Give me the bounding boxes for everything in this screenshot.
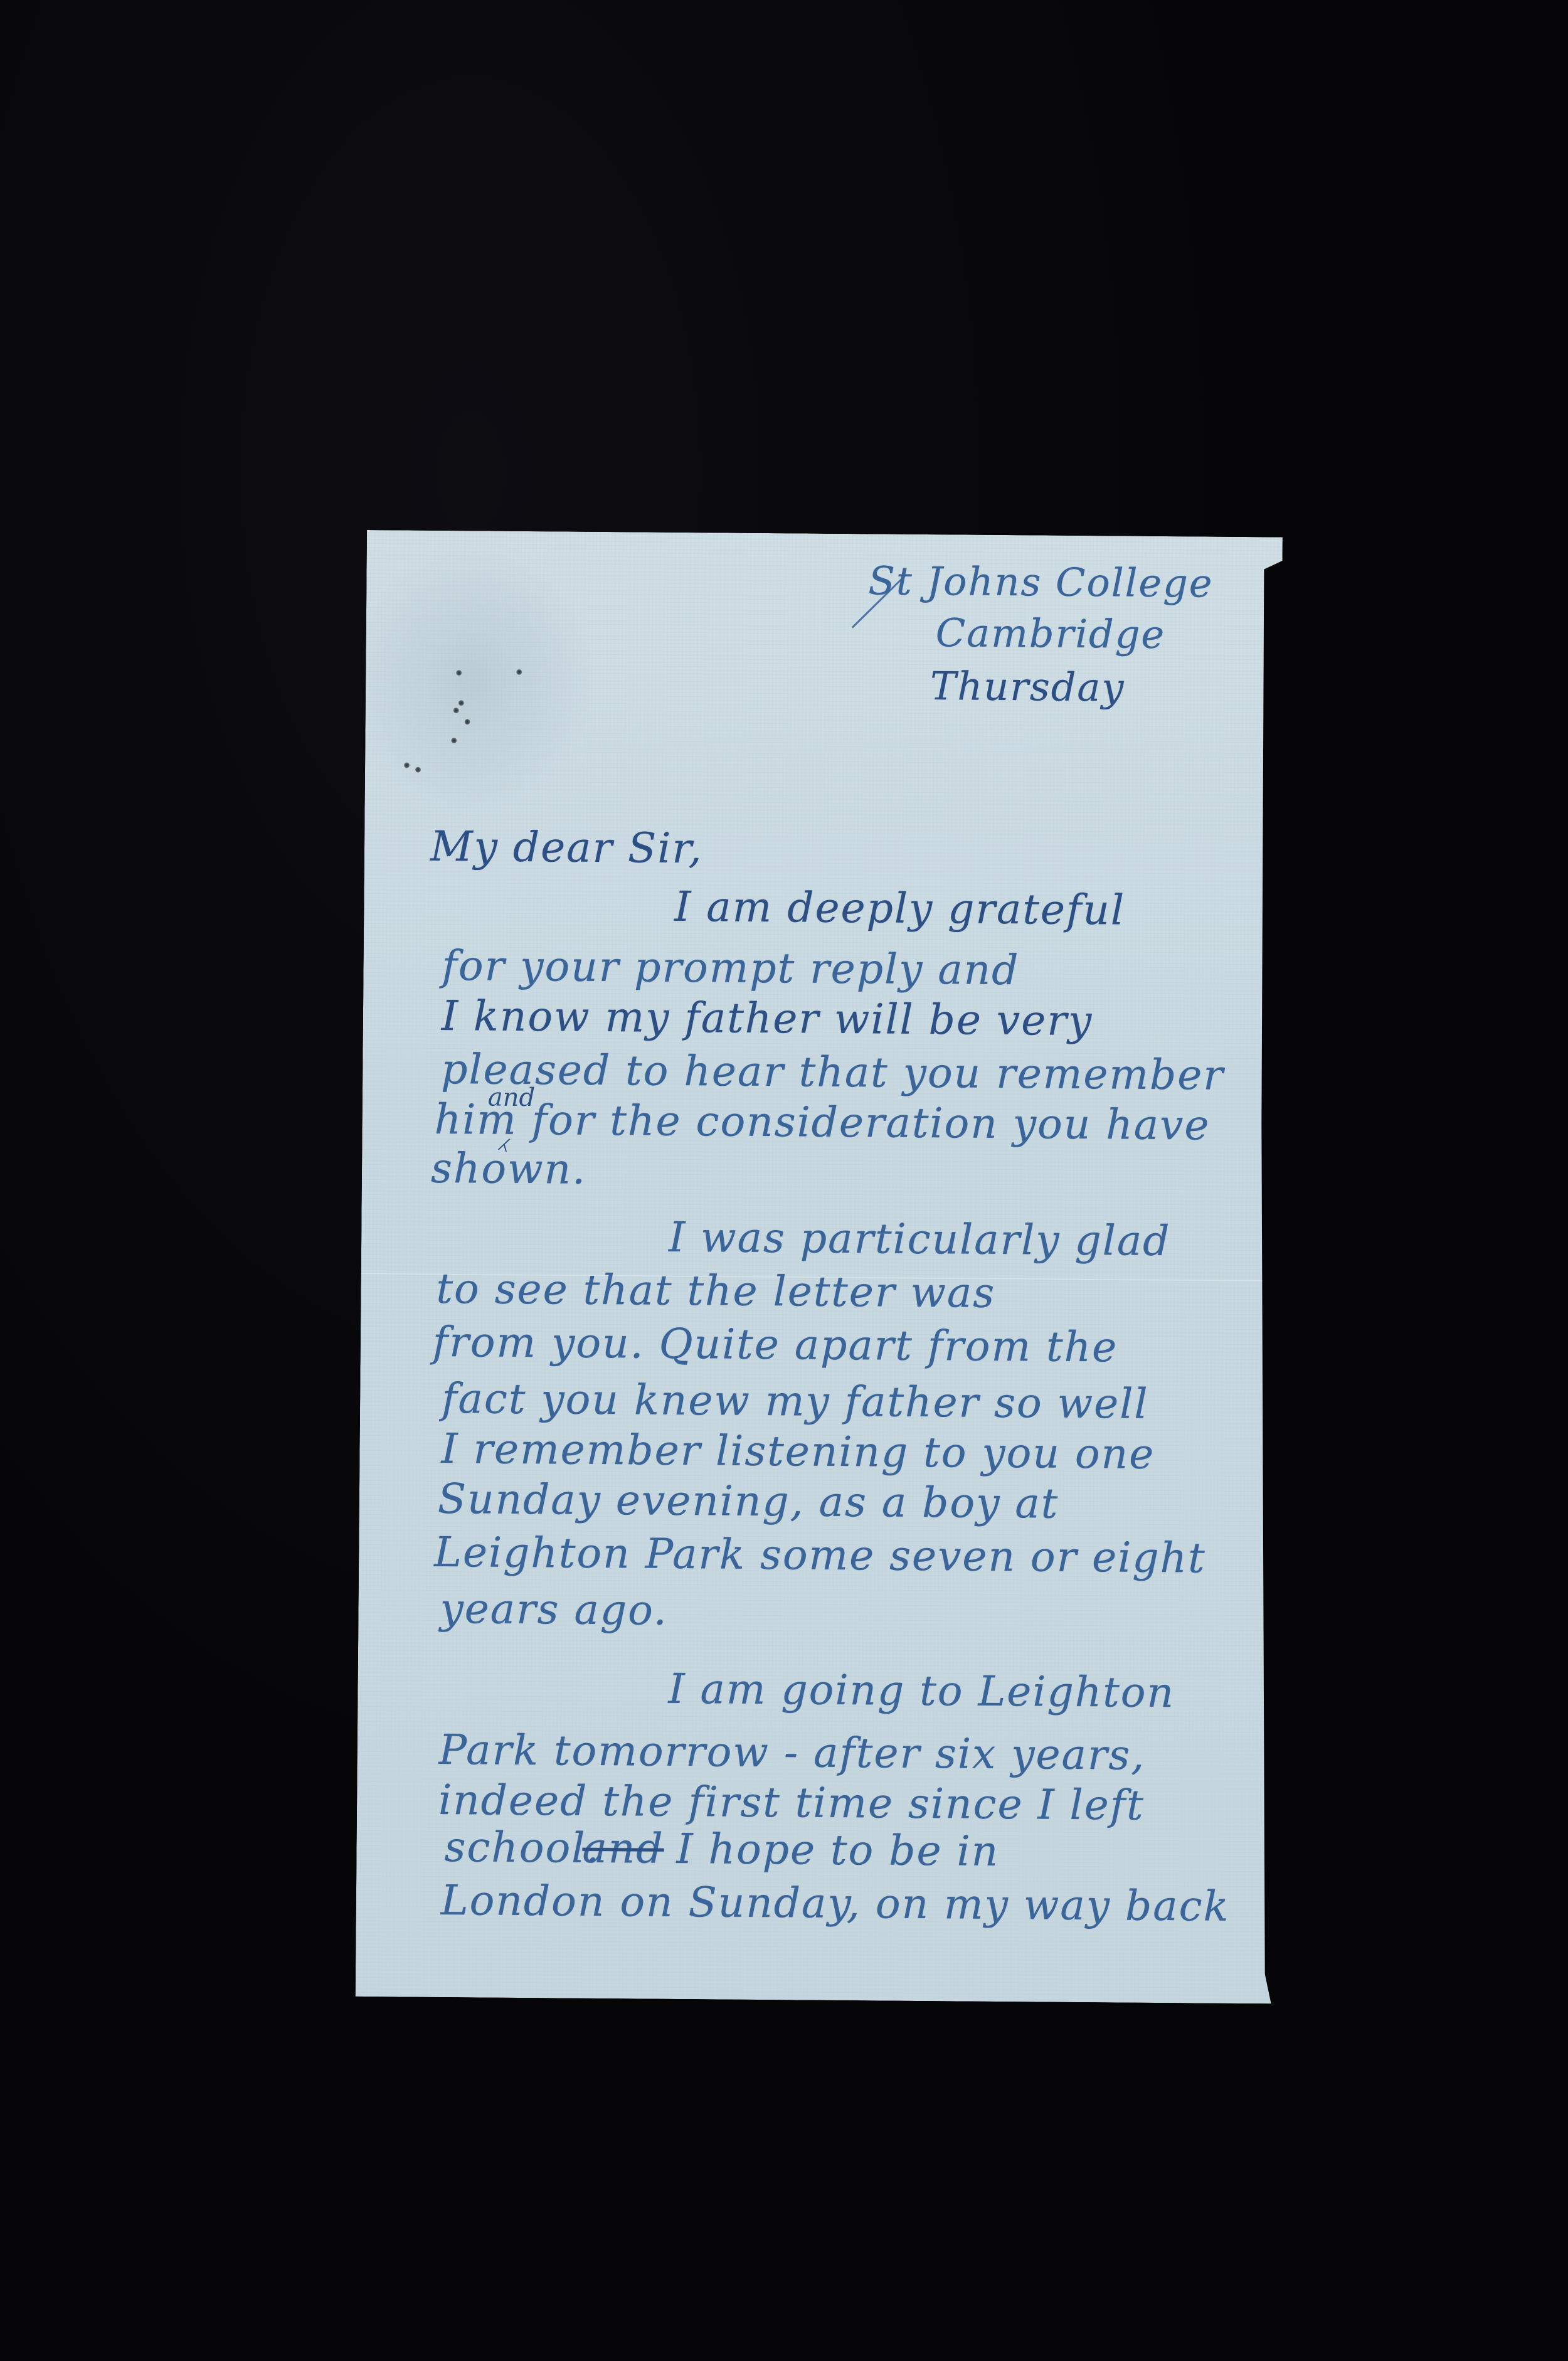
address-line-city: Cambridge (935, 610, 1165, 657)
paragraph-3-line: school. (444, 1823, 601, 1872)
paragraph-3-line: London on Sunday, on my way back (441, 1876, 1230, 1931)
pin-hole (516, 669, 522, 675)
pin-hole (415, 767, 421, 773)
paragraph-2-line: to see that the letter was (436, 1265, 995, 1317)
paper-crease (364, 530, 630, 858)
pin-hole (451, 738, 457, 743)
pin-hole (404, 762, 410, 768)
paragraph-1-line: I am deeply grateful (674, 883, 1125, 935)
address-line-college: St Johns College (868, 558, 1214, 606)
paragraph-1-line: I know my father will be very (442, 992, 1093, 1045)
paragraph-2-line: fact you knew my father so well (442, 1374, 1149, 1428)
pin-hole (465, 719, 470, 724)
paragraph-2-line: years ago. (440, 1584, 668, 1635)
paragraph-3-line: I am going to Leighton (668, 1665, 1175, 1717)
letter-sheet: St Johns College Cambridge Thursday My d… (356, 530, 1283, 2003)
paragraph-2-line: I remember listening to you one (441, 1425, 1155, 1478)
paragraph-1-line: pleased to hear that you remember (441, 1045, 1224, 1100)
paragraph-3-line: I hope to be in (676, 1825, 999, 1876)
paragraph-3-line: indeed the first time since I left (438, 1776, 1145, 1830)
pin-hole (456, 670, 462, 676)
paragraph-2-line: Leighton Park some seven or eight (434, 1528, 1206, 1583)
paragraph-2-line: I was particularly glad (669, 1213, 1171, 1265)
paragraph-1-line: him for the consideration you have (434, 1095, 1210, 1150)
salutation: My dear Sir, (430, 822, 703, 873)
paragraph-3-line: Park tomorrow - after six years, (438, 1726, 1145, 1780)
paragraph-1-line: for your prompt reply and (442, 942, 1020, 994)
paragraph-2-line: Sunday evening, as a boy at (438, 1475, 1059, 1528)
pin-hole (458, 700, 464, 706)
pin-hole (453, 708, 459, 713)
letter-day: Thursday (930, 663, 1125, 710)
paragraph-1-line: shown. (431, 1144, 587, 1194)
struck-out-word: and (582, 1824, 664, 1873)
paragraph-2-line: from you. Quite apart from the (433, 1318, 1118, 1372)
